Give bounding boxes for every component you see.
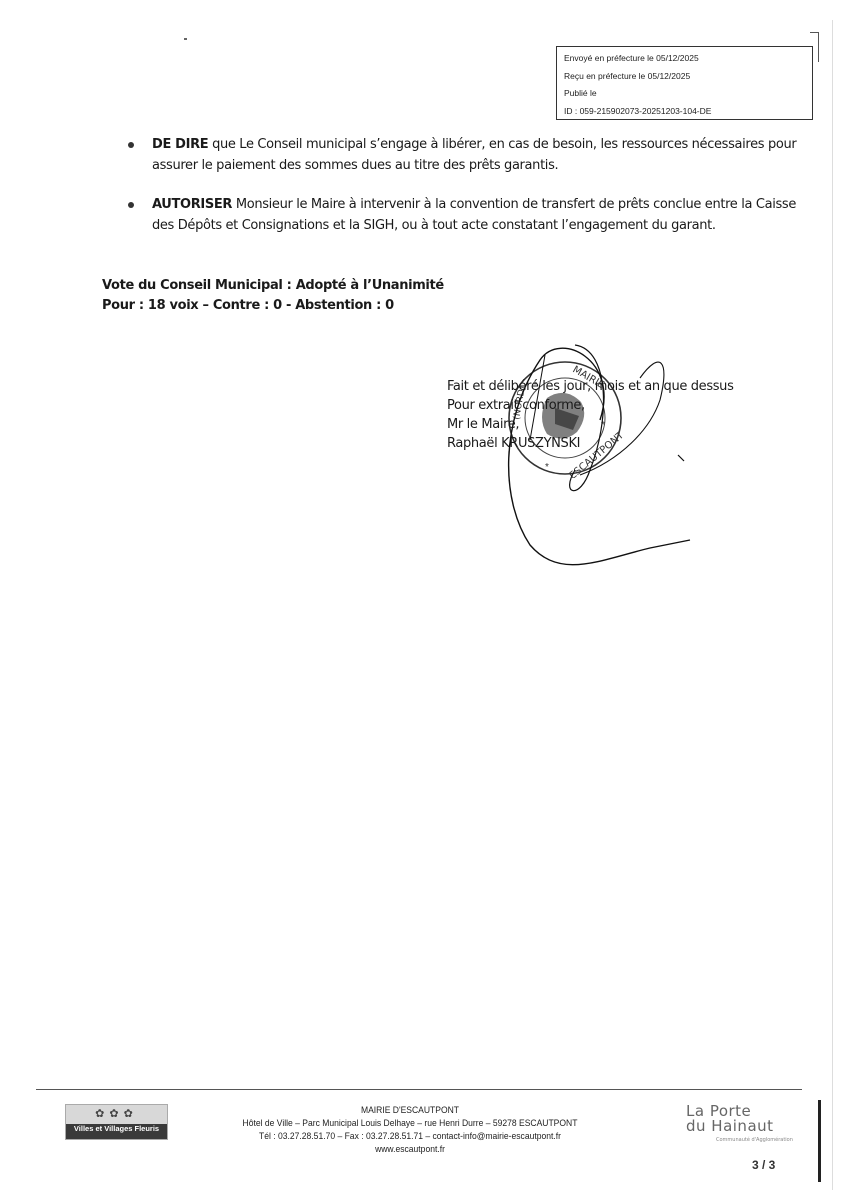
logo-label: Villes et Villages Fleuris	[66, 1124, 167, 1139]
porte-du-hainaut-logo: La Porte du Hainaut Communauté d'Agglomé…	[686, 1104, 793, 1143]
flower-icon: ✿✿✿	[66, 1107, 167, 1120]
handwritten-signature-icon	[0, 0, 849, 1200]
footer-divider	[36, 1089, 802, 1090]
villes-villages-fleuris-logo: ✿✿✿ Villes et Villages Fleuris	[65, 1104, 168, 1140]
footer-org: MAIRIE D'ESCAUTPONT	[221, 1104, 599, 1117]
footer-address: Hôtel de Ville – Parc Municipal Louis De…	[221, 1117, 599, 1130]
footer-contact: MAIRIE D'ESCAUTPONT Hôtel de Ville – Par…	[221, 1104, 599, 1156]
footer-website[interactable]: www.escautpont.fr	[221, 1143, 599, 1156]
page-number: 3 / 3	[752, 1158, 775, 1172]
footer-contact-line: Tél : 03.27.28.51.70 – Fax : 03.27.28.51…	[221, 1130, 599, 1143]
